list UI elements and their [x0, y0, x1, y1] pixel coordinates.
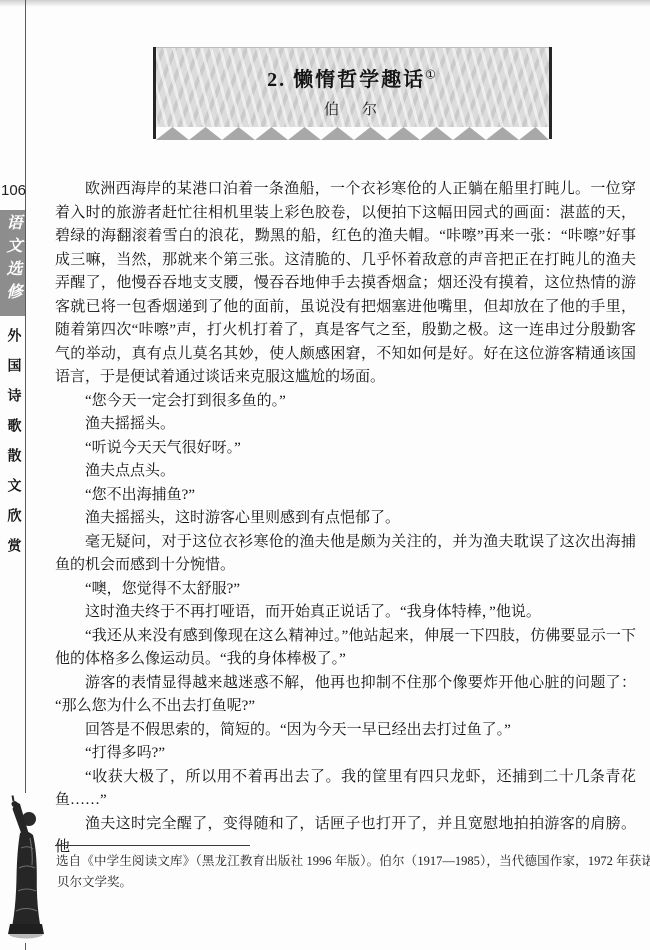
banner-body: 2. 懒惰哲学趣话① 伯 尔: [156, 47, 549, 127]
paragraph: “您今天一定会打到很多鱼的。”: [55, 390, 636, 414]
chapter-title: 2. 懒惰哲学趣话①: [156, 48, 549, 92]
paragraph: 渔夫点点头。: [55, 460, 636, 484]
paragraph: 这时渔夫终于不再打哑语，而开始真正说话了。“我身体特棒，”他说。: [55, 601, 636, 625]
paragraph: “打得多吗?”: [55, 742, 636, 766]
paragraph: 游客的表情显得越来越迷惑不解，他再也抑制不住那个像要炸开他心脏的问题了：“那么您…: [55, 672, 636, 719]
paragraph: 渔夫摇摇头。: [55, 413, 636, 437]
paragraph: 欧洲西海岸的某港口泊着一条渔船，一个衣衫寒伧的人正躺在船里打盹儿。一位穿着入时的…: [55, 178, 636, 390]
paragraph: “您不出海捕鱼?”: [55, 484, 636, 508]
book-page: 106 语文选修 外国诗歌散文欣赏 2. 懒惰哲学趣话① 伯 尔 欧洲西海岸的某…: [0, 0, 650, 950]
statue-illustration: [0, 793, 52, 943]
paragraph: “我还从来没有感到像现在这么精神过。”他站起来，伸展一下四肢，仿佛要显示一下他的…: [55, 625, 636, 672]
footnote-divider: [55, 845, 250, 846]
series-sublabel: 外国诗歌散文欣赏: [3, 328, 23, 584]
footnote-reference-mark: ①: [425, 67, 438, 81]
footnote: ① 选自《中学生阅读文库》（黑龙江教育出版社 1996 年版）。伯尔（1917—…: [40, 851, 650, 893]
chapter-title-banner: 2. 懒惰哲学趣话① 伯 尔: [153, 47, 552, 140]
banner-right-bar: [549, 47, 552, 139]
series-label: 语文选修: [1, 210, 24, 316]
paragraph: 毫无疑问，对于这位衣衫寒伧的渔夫他是颇为关注的，并为渔夫耽误了这次出海捕鱼的机会…: [55, 531, 636, 578]
paragraph: 回答是不假思索的，简短的。“因为今天一早已经出去打过鱼了。”: [55, 719, 636, 743]
paragraph: “听说今天天气很好呀。”: [55, 437, 636, 461]
series-label-box: 语文选修: [0, 210, 25, 316]
paragraph: 渔夫摇摇头，这时游客心里则感到有点悒郁了。: [55, 507, 636, 531]
paragraph: “噢，您觉得不太舒服?”: [55, 578, 636, 602]
scan-shade: [0, 0, 650, 7]
banner-left-bar: [153, 47, 156, 139]
body-text: 欧洲西海岸的某港口泊着一条渔船，一个衣衫寒伧的人正躺在船里打盹儿。一位穿着入时的…: [55, 178, 636, 860]
chapter-title-text: 2. 懒惰哲学趣话: [267, 69, 425, 91]
banner-zigzag-edge: [156, 127, 549, 140]
author-name: 伯 尔: [156, 98, 549, 119]
page-number: 106: [1, 182, 25, 199]
series-sublabel-box: 外国诗歌散文欣赏: [0, 328, 25, 584]
paragraph: “收获大极了，所以用不着再出去了。我的筐里有四只龙虾，还捕到二十几条青花鱼……”: [55, 766, 636, 813]
